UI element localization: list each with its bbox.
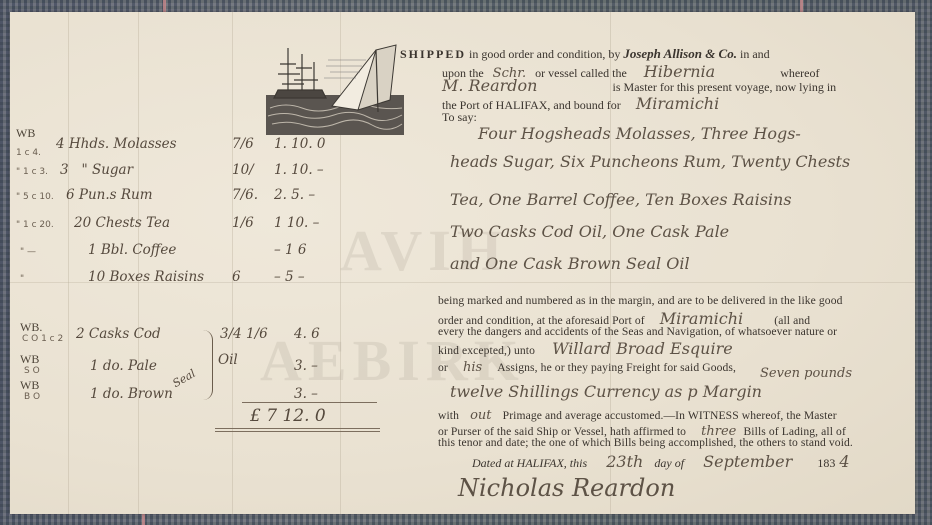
total-rule-bottom: [215, 428, 380, 429]
ledger-qty: 1: [90, 386, 99, 402]
ledger-row: 6 Pun.s Rum: [66, 187, 153, 203]
seal-note: Seal: [170, 367, 197, 390]
cargo-line-2: heads Sugar, Six Puncheons Rum, Twenty C…: [450, 152, 850, 171]
header-text: in good order and condition, by: [469, 47, 620, 61]
ledger-row: 2 Casks Cod: [76, 326, 161, 342]
ledger-rate: 7/6: [232, 136, 254, 152]
ledger-item: do. Brown: [103, 386, 173, 402]
freight-amount-line-2: twelve Shillings Currency as p Margin: [450, 382, 762, 401]
ledger-numbers: " 1 c 20.: [16, 220, 54, 230]
header-text: in and: [740, 47, 770, 61]
ledger-item: Hhds. Molasses: [69, 136, 177, 152]
ledger-row: 1 Bbl. Coffee: [88, 242, 176, 258]
ledger-rate: 10/: [232, 162, 254, 178]
ledger-numbers: C O 1 c 2: [22, 334, 63, 344]
ship-engraving-illustration: [266, 40, 404, 135]
dated-prefix: Dated at HALIFAX, this: [472, 456, 587, 470]
ledger-numbers: " 5 c 10.: [16, 192, 54, 202]
ledger-row: 1 do. Brown: [90, 386, 173, 402]
total-rule-top: [242, 402, 377, 403]
terms-line-9: this tenor and date; the one of which Bi…: [438, 436, 853, 449]
terms-text: or: [438, 361, 448, 374]
ledger-qty: 2: [76, 326, 85, 342]
ledger-total: £ 7 12. 0: [250, 406, 326, 426]
header-text: is Master for this present voyage, now l…: [613, 80, 837, 94]
ledger-amount: 3. –: [294, 358, 318, 374]
fabric-stripe: [142, 514, 145, 525]
shipped-label: SHIPPED: [400, 47, 466, 61]
ledger-numbers: S O: [24, 366, 40, 376]
ledger-item: Boxes Raisins: [109, 269, 204, 285]
ledger-qty: 20: [74, 215, 91, 231]
ledger-row: 1 do. Pale: [90, 358, 157, 374]
ledger-qty: 1: [90, 358, 99, 374]
dated-line: Dated at HALIFAX, this 23th day of Septe…: [472, 452, 850, 471]
shipper-name: Joseph Allison & Co.: [623, 46, 737, 61]
cargo-line-4: Two Casks Cod Oil, One Cask Pale: [450, 222, 729, 241]
master-signature: Nicholas Reardon: [458, 474, 675, 502]
dated-year-printed: 183: [817, 456, 835, 470]
ledger-item: Casks Cod: [89, 326, 161, 342]
cargo-line-3: Tea, One Barrel Coffee, Ten Boxes Raisin…: [450, 190, 792, 209]
ledger-rate: 3/4 1/6: [220, 326, 268, 342]
ledger-numbers: " 1 c 3.: [16, 167, 48, 177]
ledger-rate: 6: [232, 269, 241, 285]
ledger-mark: WB: [20, 378, 39, 393]
terms-line-3: every the dangers and accidents of the S…: [438, 325, 837, 338]
ledger-amount: 1. 10. –: [274, 162, 324, 178]
header-line-1: SHIPPED in good order and condition, by …: [400, 46, 770, 62]
oil-label: Oil: [218, 352, 238, 368]
ledger-row: 4 Hhds. Molasses: [56, 136, 177, 152]
ledger-row: 1 c 4.: [16, 140, 41, 159]
ledger-qty: 3: [60, 162, 69, 178]
master-name: M. Reardon: [442, 76, 537, 95]
ledger-row: 3 " Sugar: [60, 162, 133, 178]
ledger-qty: 6: [66, 187, 75, 203]
fabric-stripe: [163, 0, 166, 12]
oil-bracket: [200, 330, 213, 400]
ledger-qty: 1: [88, 242, 97, 258]
bill-of-lading-paper: AVIH AEBIRK: [10, 12, 915, 514]
ledger-item: Bbl. Coffee: [101, 242, 176, 258]
ledger-item: Chests Tea: [95, 215, 170, 231]
ledger-numbers: ": [20, 274, 24, 284]
ledger-mark: WB: [20, 352, 39, 367]
ledger-amount: – 5 –: [274, 269, 305, 285]
consignee-pronoun: his: [463, 360, 482, 375]
ledger-mark: WB: [16, 126, 35, 141]
header-line-4: the Port of HALIFAX, and bound for Miram…: [442, 94, 719, 113]
ledger-amount: 4. 6: [294, 326, 320, 342]
ledger-rate: 7/6.: [232, 187, 258, 203]
ledger-item: Pun.s Rum: [79, 187, 153, 203]
dated-mid: day of: [654, 456, 684, 470]
ledger-amount: 1 10. –: [274, 215, 319, 231]
ledger-mark: WB.: [20, 320, 42, 335]
ledger-item: do. Pale: [103, 358, 157, 374]
ledger-rate: 1/6: [232, 215, 254, 231]
ledger-amount: – 1 6: [274, 242, 307, 258]
cargo-line-5: and One Cask Brown Seal Oil: [450, 254, 690, 273]
cargo-line-1: Four Hogsheads Molasses, Three Hogs-: [478, 124, 801, 143]
dated-year-hand: 4: [839, 452, 849, 471]
ledger-row: 10 Boxes Raisins: [88, 269, 204, 285]
ledger-qty: 4: [56, 136, 65, 152]
dated-day: 23th: [606, 452, 643, 471]
ledger-numbers: B O: [24, 392, 40, 402]
destination-port: Miramichi: [636, 94, 719, 113]
dated-month: September: [703, 452, 792, 471]
terms-text: Assigns, he or they paying Freight for s…: [497, 361, 736, 374]
ledger-row: 20 Chests Tea: [74, 215, 170, 231]
to-say-label: To say:: [442, 110, 477, 125]
freight-amount-line-1: Seven pounds: [760, 366, 852, 381]
ledger-numbers: 1 c 4.: [16, 148, 41, 158]
ledger-amount: 1. 10. 0: [274, 136, 326, 152]
ledger-numbers: " —: [20, 247, 36, 257]
total-rule-bottom-double: [215, 431, 380, 432]
header-line-3: M. Reardon is Master for this present vo…: [442, 76, 836, 95]
ledger-qty: 10: [88, 269, 105, 285]
terms-line-1: being marked and numbered as in the marg…: [438, 294, 843, 307]
ledger-amount: 3. –: [294, 386, 318, 402]
ledger-amount: 2. 5. –: [274, 187, 315, 203]
ledger-item: " Sugar: [81, 162, 133, 178]
terms-line-5: or his Assigns, he or they paying Freigh…: [438, 356, 736, 375]
